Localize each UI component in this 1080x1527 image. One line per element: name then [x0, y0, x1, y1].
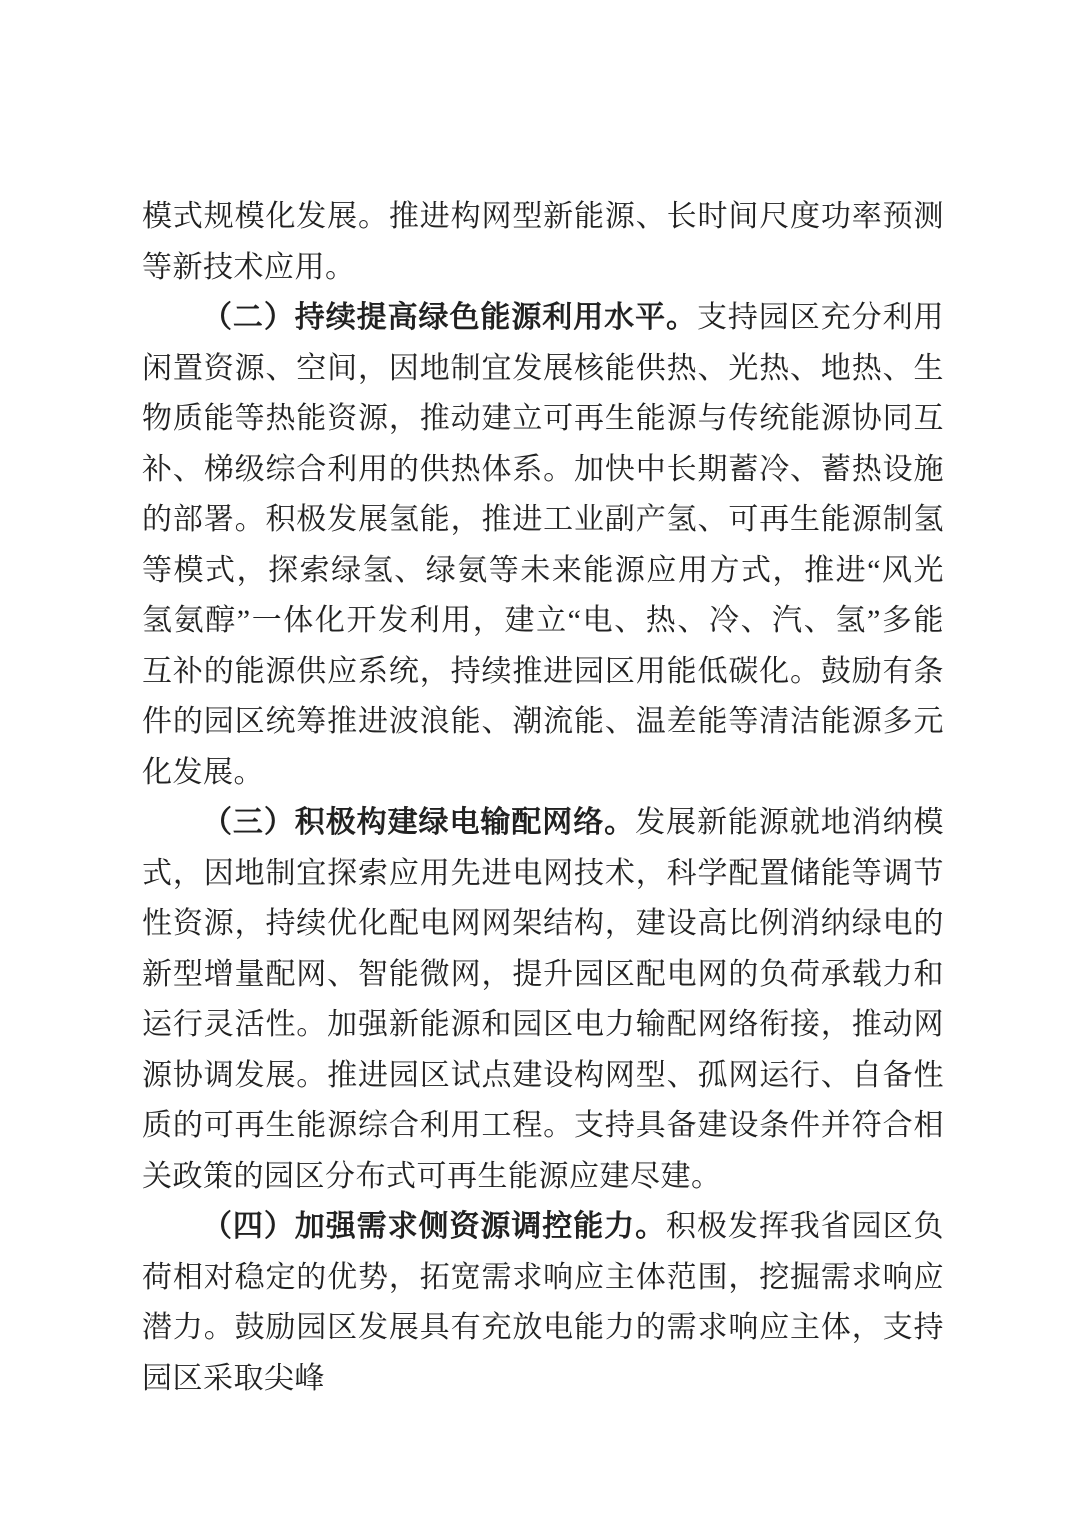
paragraph-section-4: （四）加强需求侧资源调控能力。积极发挥我省园区负荷相对稳定的优势，拓宽需求响应主…	[142, 1202, 944, 1404]
paragraph-text: 模式规模化发展。推进构网型新能源、长时间尺度功率预测等新技术应用。	[142, 200, 944, 284]
section-heading: （二）持续提高绿色能源利用水平。	[202, 301, 697, 334]
paragraph-section-3: （三）积极构建绿电输配网络。发展新能源就地消纳模式，因地制宜探索应用先进电网技术…	[142, 798, 944, 1202]
document-body: 模式规模化发展。推进构网型新能源、长时间尺度功率预测等新技术应用。 （二）持续提…	[142, 192, 944, 1404]
section-heading: （三）积极构建绿电输配网络。	[202, 806, 635, 839]
paragraph-section-2: （二）持续提高绿色能源利用水平。支持园区充分利用闲置资源、空间，因地制宜发展核能…	[142, 293, 944, 798]
document-page: 模式规模化发展。推进构网型新能源、长时间尺度功率预测等新技术应用。 （二）持续提…	[0, 0, 1080, 1527]
paragraph-text: 支持园区充分利用闲置资源、空间，因地制宜发展核能供热、光热、地热、生物质能等热能…	[142, 301, 944, 789]
section-heading: （四）加强需求侧资源调控能力。	[202, 1210, 666, 1243]
paragraph-text: 发展新能源就地消纳模式，因地制宜探索应用先进电网技术，科学配置储能等调节性资源，…	[142, 806, 944, 1193]
paragraph-continuation: 模式规模化发展。推进构网型新能源、长时间尺度功率预测等新技术应用。	[142, 192, 944, 293]
